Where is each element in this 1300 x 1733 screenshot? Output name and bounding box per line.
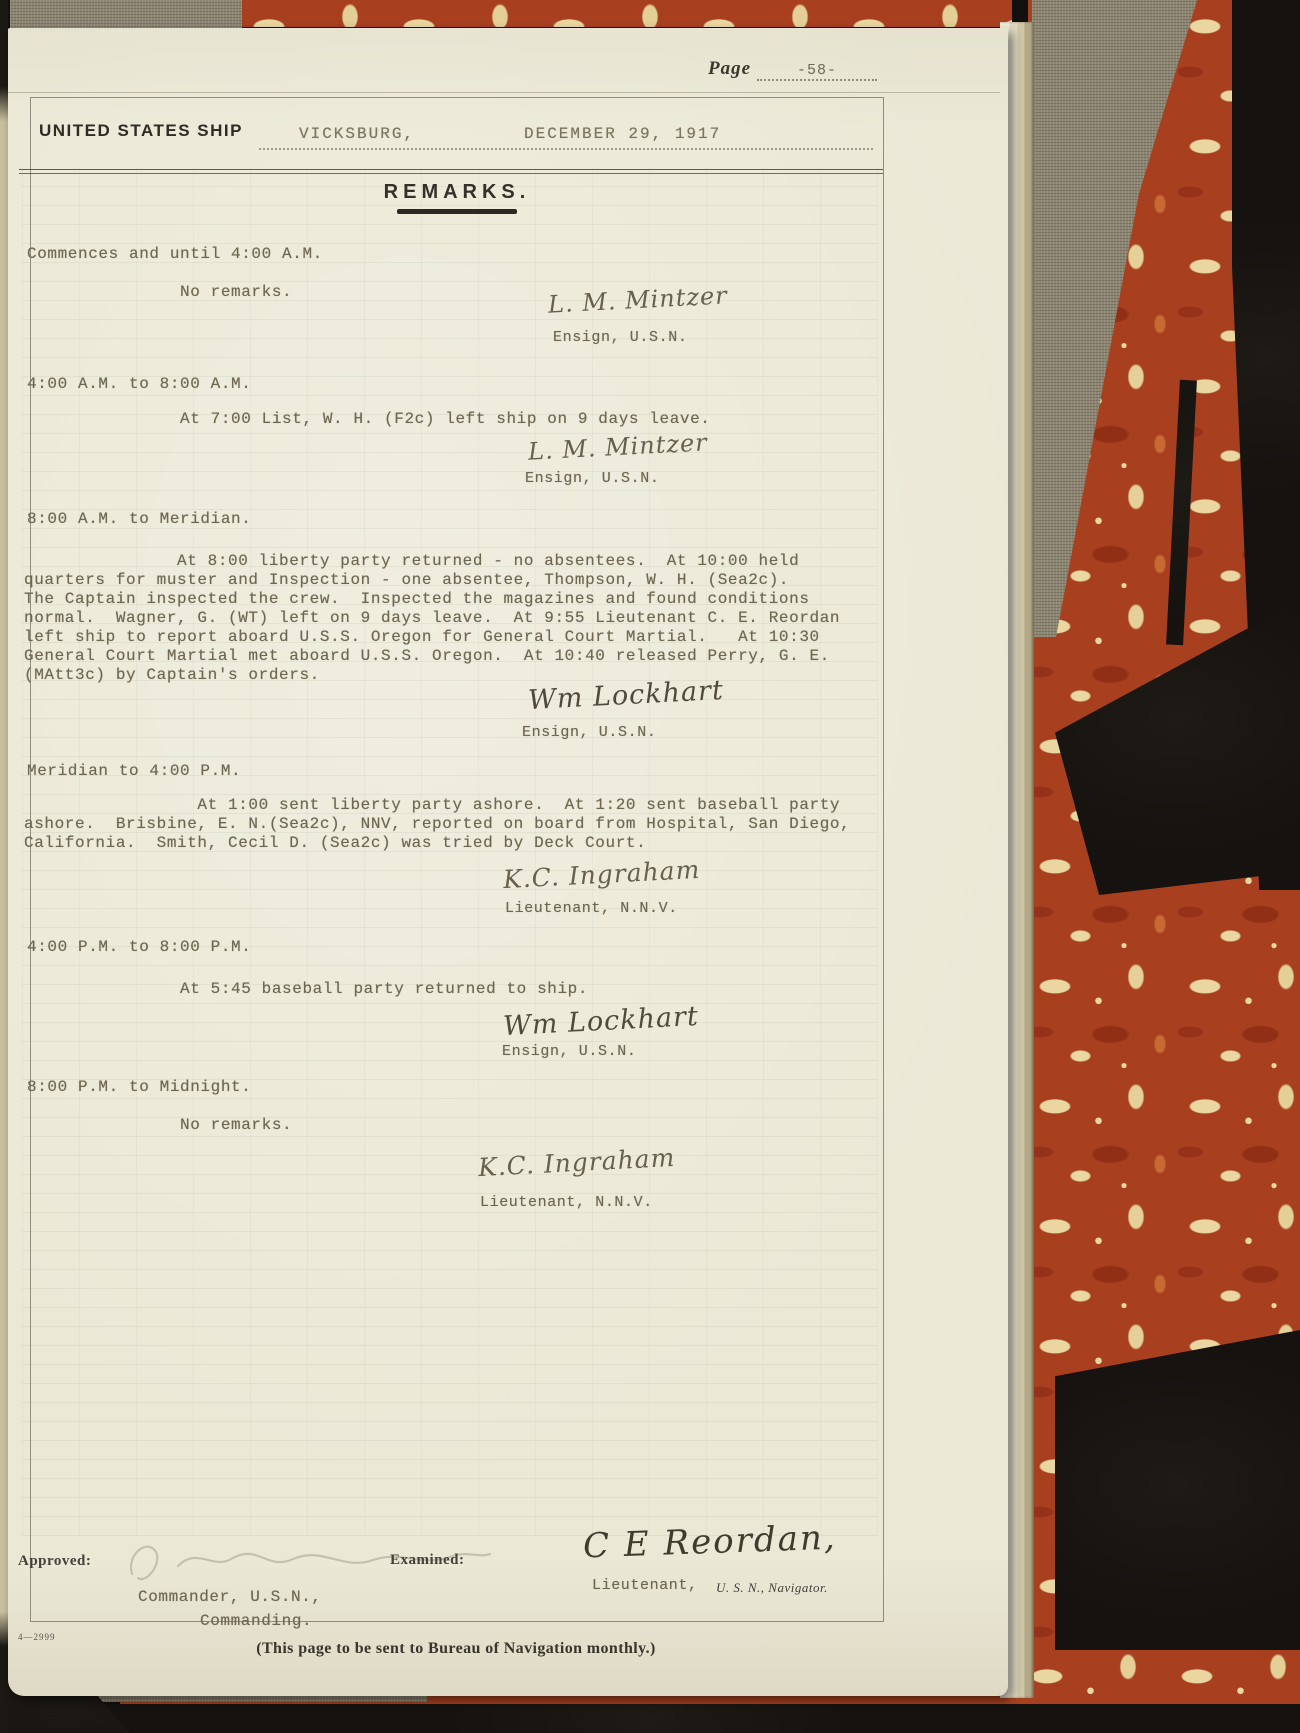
entry-rank: Ensign, U.S.N. (522, 723, 656, 742)
entry-rank: Ensign, U.S.N. (502, 1042, 636, 1061)
binding-cloth-top (10, 0, 242, 30)
commanding-line: Commanding. (200, 1612, 312, 1631)
under-sheet-edge (8, 92, 1000, 93)
entry-body: At 8:00 liberty party returned - no abse… (24, 552, 840, 685)
left-page-edge (0, 0, 8, 1733)
examined-rank-suffix: U. S. N., Navigator. (716, 1580, 828, 1596)
entry-body: At 7:00 List, W. H. (F2c) left ship on 9… (27, 410, 711, 429)
scanned-logbook-photo: { "document": { "page_label": "Page", "p… (0, 0, 1300, 1733)
remarks-title: REMARKS. (31, 181, 883, 204)
page-label: Page-58- (708, 58, 877, 81)
approved-label: Approved: (18, 1553, 91, 1570)
ship-name: VICKSBURG, (299, 125, 415, 144)
entry-period: 8:00 A.M. to Meridian. (27, 510, 251, 529)
entry-body: At 5:45 baseball party returned to ship. (27, 980, 588, 999)
entry-period: 4:00 A.M. to 8:00 A.M. (27, 375, 251, 394)
page-word: Page (708, 58, 751, 79)
commander-title: Commander, U.S.N., (138, 1588, 322, 1607)
bottom-note: (This page to be sent to Bureau of Navig… (30, 1640, 882, 1658)
remarks-underline (397, 209, 517, 214)
page-number: -58- (757, 62, 877, 81)
entry-rank: Ensign, U.S.N. (553, 328, 687, 347)
entry-body: No remarks. (27, 283, 292, 302)
examined-rank: Lieutenant, (592, 1576, 698, 1595)
ship-label: UNITED STATES SHIP (39, 121, 243, 141)
entry-period: Meridian to 4:00 P.M. (27, 762, 241, 781)
header-double-rule (19, 169, 883, 174)
entry-rank: Lieutenant, N.N.V. (480, 1193, 653, 1212)
entry-period: Commences and until 4:00 A.M. (27, 245, 323, 264)
ship-name-rule (259, 148, 873, 150)
entry-period: 8:00 P.M. to Midnight. (27, 1078, 251, 1097)
log-date: DECEMBER 29, 1917 (524, 125, 721, 144)
entry-rank: Lieutenant, N.N.V. (505, 899, 678, 918)
entry-rank: Ensign, U.S.N. (525, 469, 659, 488)
log-form-box: UNITED STATES SHIP VICKSBURG, DECEMBER 2… (30, 97, 884, 1622)
page-sheet: Page-58- UNITED STATES SHIP VICKSBURG, D… (8, 28, 1008, 1696)
entry-body: At 1:00 sent liberty party ashore. At 1:… (24, 796, 850, 853)
examined-label: Examined: (390, 1552, 465, 1569)
entry-period: 4:00 P.M. to 8:00 P.M. (27, 938, 251, 957)
entry-body: No remarks. (27, 1116, 292, 1135)
cover-black-bottom-strip (0, 1704, 1300, 1733)
marbled-cover-top-strip (242, 0, 1012, 27)
